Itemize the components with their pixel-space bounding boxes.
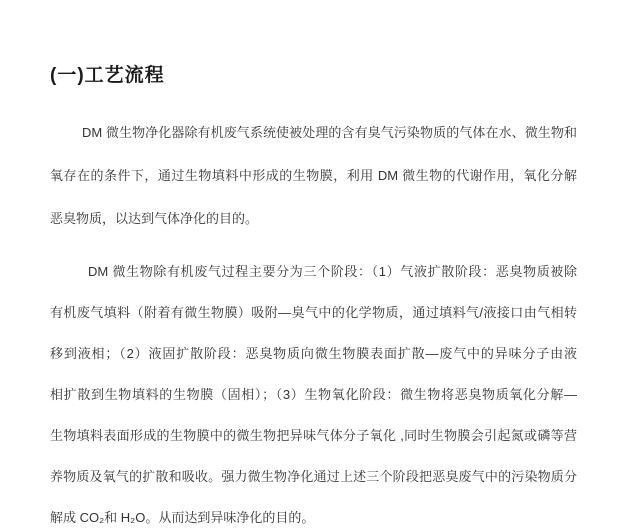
paragraph-line: DM 微生物净化器除有机废气系统使被处理的含有臭气污染物质的气体在水、微生物和 <box>50 111 577 154</box>
document-content: (一)工艺流程 DM 微生物净化器除有机废气系统使被处理的含有臭气污染物质的气体… <box>50 64 577 532</box>
paragraph-line: 相扩散到生物填料的生物膜（固相）；（3）生物氧化阶段：微生物将恶臭物质氧化分解— <box>50 374 577 415</box>
paragraph-stages: DM 微生物除有机废气过程主要分为三个阶段：（1）气液扩散阶段：恶臭物质被除 有… <box>50 251 577 532</box>
paragraph-line: 生物填料表面形成的生物膜中的微生物把异味气体分子氧化 ,同时生物膜会引起氮或磷等… <box>50 415 577 456</box>
paragraph-line: 有机废气填料（附着有微生物膜）吸附—臭气中的化学物质，通过填料气/液接口由气相转 <box>50 292 577 333</box>
paragraph-intro: DM 微生物净化器除有机废气系统使被处理的含有臭气污染物质的气体在水、微生物和 … <box>50 111 577 240</box>
paragraph-line: 解成 CO₂和 H₂O。从而达到异味净化的目的。 <box>50 497 577 532</box>
paragraph-line: 氧存在的条件下，通过生物填料中形成的生物膜，利用 DM 微生物的代谢作用，氧化分… <box>50 154 577 197</box>
paragraph-line: 移到液相；（2）液固扩散阶段：恶臭物质向微生物膜表面扩散—废气中的异味分子由液 <box>50 333 577 374</box>
section-heading: (一)工艺流程 <box>50 64 577 88</box>
paragraph-line: 养物质及氧气的扩散和吸收。强力微生物净化通过上述三个阶段把恶臭废气中的污染物质分 <box>50 456 577 497</box>
paragraph-line: DM 微生物除有机废气过程主要分为三个阶段：（1）气液扩散阶段：恶臭物质被除 <box>50 251 577 292</box>
paragraph-line: 恶臭物质，以达到气体净化的目的。 <box>50 197 577 240</box>
document-page: { "page": { "background": "#ffffff", "te… <box>0 0 630 532</box>
